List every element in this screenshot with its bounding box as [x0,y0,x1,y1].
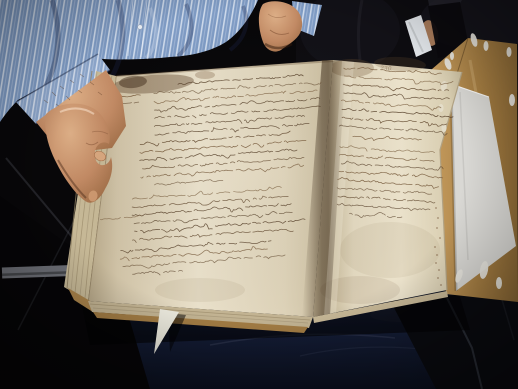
photo-canvas: 230 [0,0,518,389]
photo-svg: 230 [0,0,518,389]
photo-vignette [0,0,518,389]
